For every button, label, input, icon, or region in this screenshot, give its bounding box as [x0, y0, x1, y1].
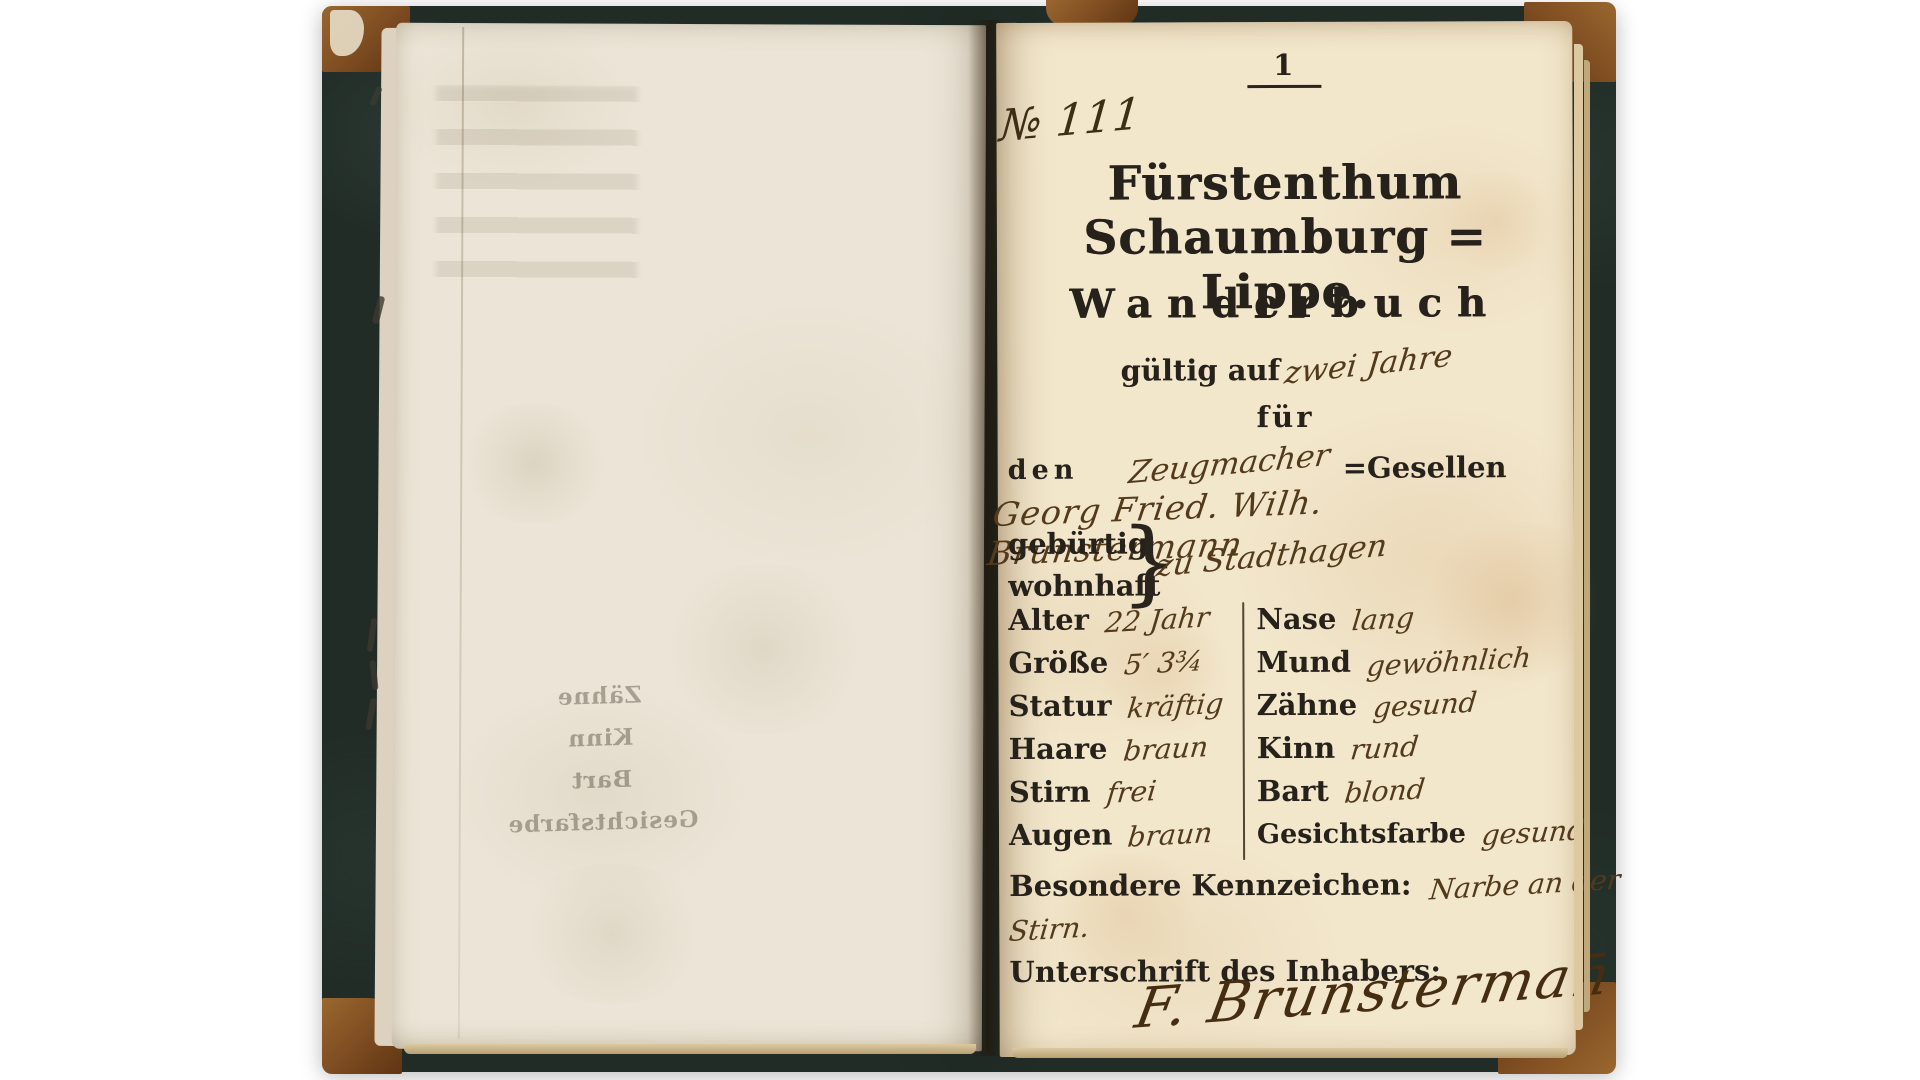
desc-label: Mund — [1256, 645, 1351, 679]
desc-label: Statur — [1009, 689, 1112, 723]
table-row: Mund gewöhnlich — [1256, 644, 1530, 679]
desc-label: Gesichtsfarbe — [1257, 818, 1466, 850]
title-line1: Fürstenthum — [1107, 155, 1462, 211]
for-word: für — [1257, 400, 1315, 434]
desc-value: frei — [1105, 774, 1158, 810]
desc-label: Haare — [1009, 732, 1108, 766]
mirrored-offset-stamp: Zähne Kinn Bart Gesichtsfarbe — [499, 673, 704, 847]
holder-article: den — [1008, 455, 1079, 486]
page-stain — [512, 863, 713, 1004]
bottom-page-stack-edge — [404, 1044, 976, 1054]
series-number: № 111 — [998, 89, 1144, 152]
desc-value: braun — [1121, 730, 1209, 768]
special-marks-handwritten-1: Narbe an der — [1428, 863, 1622, 907]
table-row: Augen braun — [1009, 817, 1213, 852]
left-page-showthrough-ghost — [413, 85, 694, 296]
series-number-value: 111 — [1054, 89, 1143, 147]
table-row: Statur kräftig — [1009, 688, 1224, 723]
desc-value: rund — [1349, 730, 1420, 767]
table-row: Zähne gesund — [1257, 687, 1477, 722]
desc-value: gesund — [1371, 686, 1478, 725]
page-number: 1 — [1247, 48, 1321, 88]
desc-label: Kinn — [1257, 731, 1336, 765]
desc-value: gesund — [1480, 813, 1587, 852]
book-photo: Zähne Kinn Bart Gesichtsfarbe 1 № 111 Fü… — [0, 0, 1920, 1080]
desc-value: 22 Jahr — [1103, 601, 1211, 640]
desc-label: Stirn — [1009, 775, 1091, 809]
desc-value: lang — [1350, 601, 1415, 637]
document-heading: Wanderbuch — [1069, 279, 1501, 328]
desc-label: Zähne — [1257, 688, 1358, 722]
desc-value: 5′ 3¾ — [1122, 644, 1204, 681]
desc-label: Nase — [1256, 602, 1336, 636]
bottom-page-stack-edge — [1012, 1048, 1568, 1058]
right-page-stack-edge — [1584, 60, 1590, 1012]
desc-label: Alter — [1008, 603, 1089, 637]
desc-label: Größe — [1008, 646, 1108, 680]
special-marks-handwritten-2: Stirn. — [1007, 911, 1091, 948]
stamp-line: Gesichtsfarbe — [502, 799, 703, 847]
right-page-stack-edge — [1574, 44, 1583, 1030]
gutter-line — [986, 26, 989, 1050]
table-row: Größe 5′ 3¾ — [1008, 645, 1202, 680]
desc-label: Augen — [1009, 818, 1113, 852]
desc-label: Bart — [1257, 774, 1329, 808]
page-stain — [454, 403, 615, 524]
validity-handwritten: zwei Jahre — [1282, 338, 1453, 392]
table-row: Gesichtsfarbe gesund — [1257, 816, 1585, 850]
desc-value: gewöhnlich — [1365, 641, 1532, 683]
special-marks-label: Besondere Kennzeichen: — [1009, 868, 1411, 903]
stamp-line: Kinn — [500, 715, 701, 763]
validity-printed: gültig auf — [1121, 353, 1281, 388]
table-row: Kinn rund — [1257, 731, 1419, 766]
table-row: Alter 22 Jahr — [1008, 602, 1209, 637]
table-row: Stirn frei — [1009, 774, 1156, 809]
numero-sign: № — [998, 97, 1044, 152]
desc-value: kräftig — [1125, 687, 1225, 725]
table-row: Bart blond — [1257, 774, 1425, 809]
left-page: Zähne Kinn Bart Gesichtsfarbe — [392, 23, 986, 1052]
table-divider — [1242, 602, 1245, 860]
table-row: Haare braun — [1009, 731, 1208, 766]
stamp-line: Zähne — [499, 673, 700, 721]
table-row: Nase lang — [1256, 602, 1414, 637]
desc-value: braun — [1126, 816, 1214, 854]
desc-value: blond — [1343, 772, 1427, 809]
stamp-line: Bart — [501, 757, 702, 805]
right-page: 1 № 111 Fürstenthum Schaumburg = Lippe. … — [996, 21, 1576, 1057]
